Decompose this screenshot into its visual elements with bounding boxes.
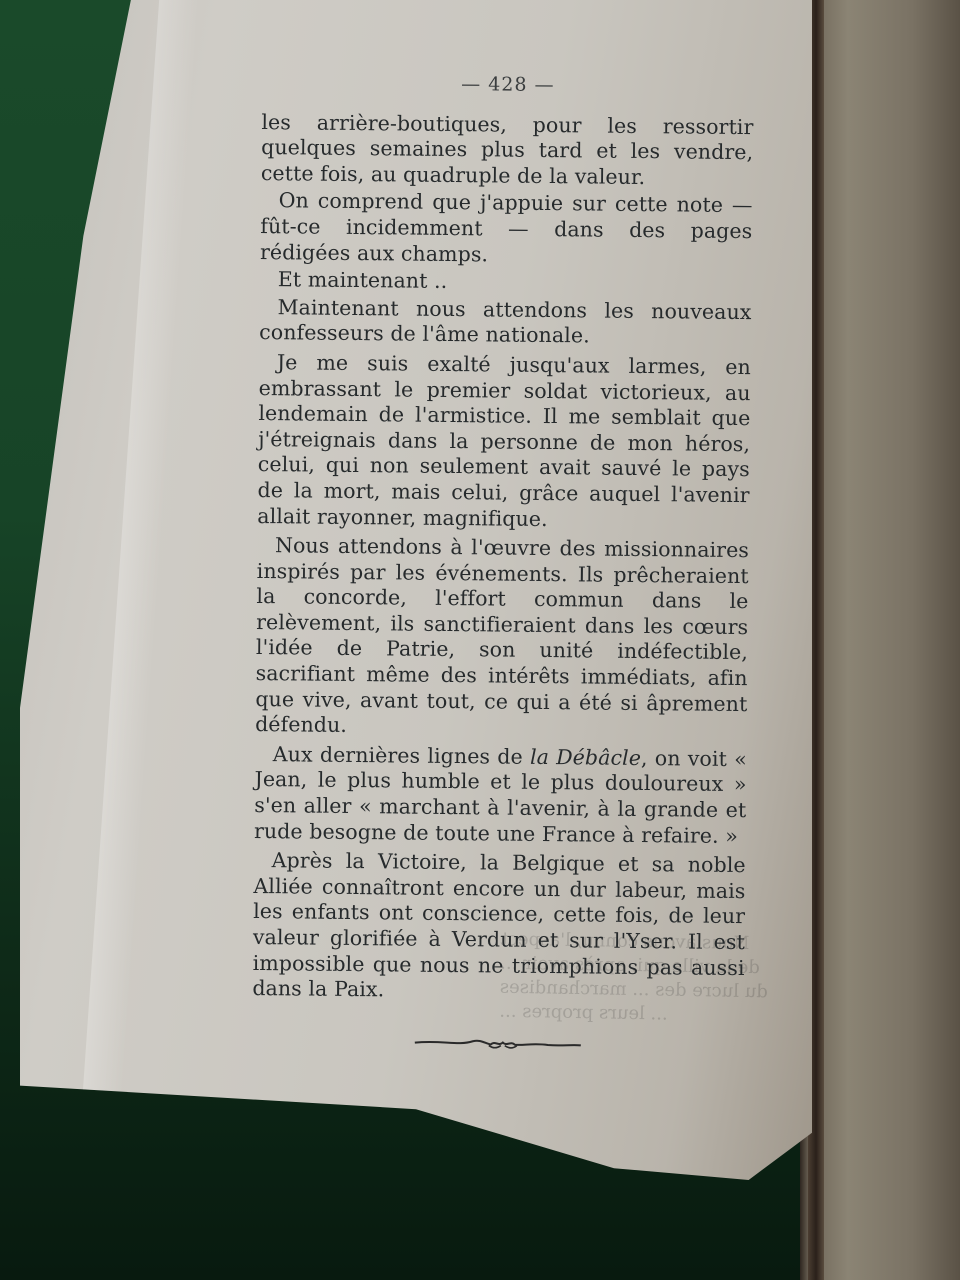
page-edge-highlight <box>81 0 199 1120</box>
paragraph: Et maintenant .. <box>260 267 752 298</box>
paragraph: On comprend que j'appuie sur cette note … <box>260 188 753 270</box>
paragraph: Nous attendons à l'œuvre des missionnair… <box>255 533 749 743</box>
paragraph: Je me suis exalté jusqu'aux larmes, en e… <box>257 350 751 534</box>
paragraph: Après la Victoire, la Belgique et sa nob… <box>252 848 746 1007</box>
page-number: — 428 — <box>262 70 754 101</box>
page-text: — 428 — les arrière-boutiques, pour les … <box>252 70 754 1053</box>
end-of-chapter-flourish-icon <box>413 1033 583 1051</box>
book-title: la Débâcle <box>530 745 641 770</box>
paragraph: Maintenant nous attendons les nouveaux c… <box>259 295 752 351</box>
text-run: Aux dernières lignes de <box>273 742 530 769</box>
paragraph-continuation: les arrière-boutiques, pour les ressorti… <box>261 110 754 192</box>
facing-page <box>800 0 960 1280</box>
paragraph-quote: Aux dernières lignes de la Débâcle, on v… <box>254 742 747 850</box>
